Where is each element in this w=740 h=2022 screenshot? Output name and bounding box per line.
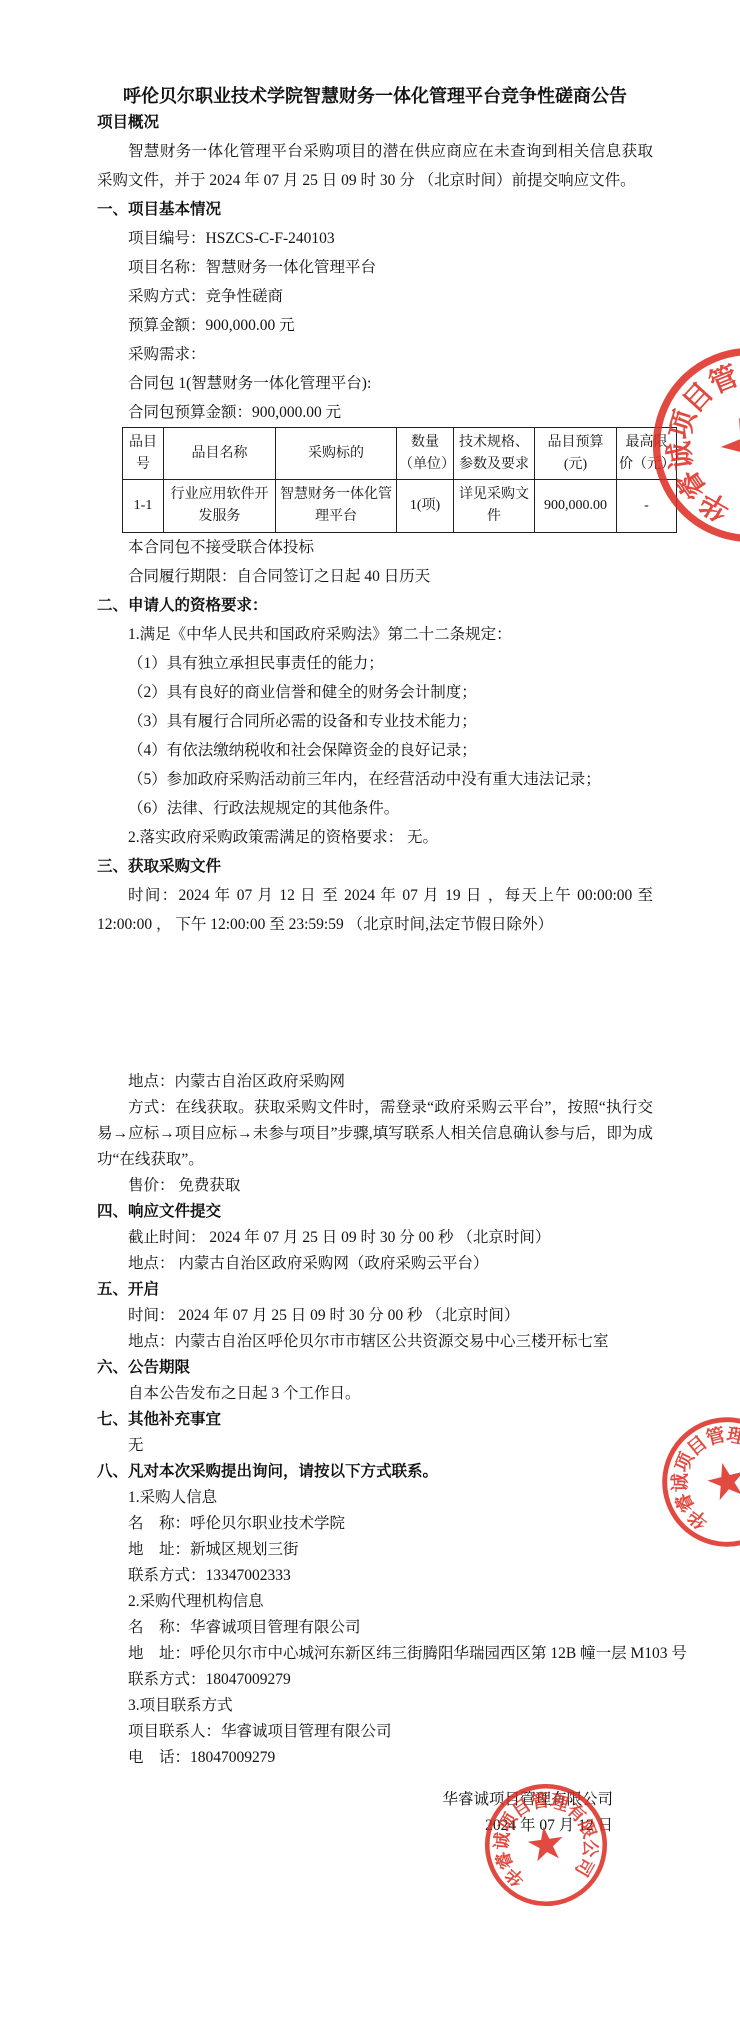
purchaser-label: 1.采购人信息 [97,1485,653,1511]
qualification-item: （6）法律、行政法规规定的其他条件。 [97,794,653,823]
other-content: 无 [97,1433,653,1459]
table-header-row: 品目号品目名称采购标的数量（单位）技术规格、参数及要求品目预算(元)最高限价（元… [123,428,677,480]
qualification-item: 1.满足《中华人民共和国政府采购法》第二十二条规定： [97,620,653,649]
obtain-method: 方式：在线获取。获取采购文件时，需登录“政府采购云平台”，按照“执行交易→应标→… [97,1095,653,1173]
items-table: 品目号品目名称采购标的数量（单位）技术规格、参数及要求品目预算(元)最高限价（元… [122,427,677,533]
svg-text:华: 华 [683,1504,712,1534]
contract-package-budget: 合同包预算金额：900,000.00 元 [97,398,653,427]
table-header-cell: 品目名称 [164,428,276,480]
table-header-cell: 最高限价（元） [617,428,677,480]
purchaser-name: 名 称：呼伦贝尔职业技术学院 [97,1511,653,1537]
signature-date: 2024 年 07 月 12 日 [97,1813,613,1839]
project-number: 项目编号：HSZCS-C-F-240103 [97,224,653,253]
no-joint-bid-note: 本合同包不接受联合体投标 [97,533,653,562]
obtain-location: 地点：内蒙古自治区政府采购网 [97,1069,653,1095]
page-break-gap [97,939,653,1069]
table-header-cell: 采购标的 [276,428,397,480]
svg-text:诚: 诚 [668,1473,691,1492]
table-cell: 1(项) [397,480,454,533]
svg-text:睿: 睿 [671,464,713,505]
section7-heading: 七、其他补充事宜 [97,1407,653,1433]
table-cell: 900,000.00 [535,480,617,533]
qualification-item: （2）具有良好的商业信誉和健全的财务会计制度； [97,678,653,707]
submit-location: 地点： 内蒙古自治区政府采购网（政府采购云平台） [97,1251,653,1277]
overview-paragraph: 智慧财务一体化管理平台采购项目的潜在供应商应在未查询到相关信息获取采购文件，并于… [97,137,653,195]
contract-duration: 合同履行期限：自合同签订之日起 40 日历天 [97,562,653,591]
signature-company: 华睿诚项目管理有限公司 [97,1787,613,1813]
table-header-cell: 品目号 [123,428,164,480]
project-contact-phone: 电 话：18047009279 [97,1745,653,1771]
signature-block: 华睿诚项目管理有限公司 2024 年 07 月 12 日 [97,1787,653,1839]
agency-name: 名 称：华睿诚项目管理有限公司 [97,1615,653,1641]
svg-text:司: 司 [571,1854,597,1879]
announcement-document: 呼伦贝尔职业技术学院智慧财务一体化管理平台竞争性磋商公告 项目概况 智慧财务一体… [0,0,740,2022]
project-contact-person: 项目联系人：华睿诚项目管理有限公司 [97,1719,653,1745]
qualification-item: （5）参加政府采购活动前三年内，在经营活动中没有重大违法记录； [97,765,653,794]
svg-text:项: 项 [671,1448,699,1475]
svg-text:目: 目 [683,1432,712,1461]
obtain-time: 时间：2024 年 07 月 12 日 至 2024 年 07 月 19 日 ，… [97,881,653,939]
submit-deadline: 截止时间： 2024 年 07 月 25 日 09 时 30 分 00 秒 （北… [97,1225,653,1251]
table-cell: 行业应用软件开发服务 [164,480,276,533]
table-header-cell: 品目预算(元) [535,428,617,480]
project-contact-label: 3.项目联系方式 [97,1693,653,1719]
agency-label: 2.采购代理机构信息 [97,1589,653,1615]
table-cell: 智慧财务一体化管理平台 [276,480,397,533]
section1-heading: 一、项目基本情况 [97,195,653,224]
qualification-item: （1）具有独立承担民事责任的能力； [97,649,653,678]
table-cell: 详见采购文件 [454,480,535,533]
purchaser-phone: 联系方式：13347002333 [97,1563,653,1589]
company-seal-stamp-middle: 华睿诚项目管理有限公司 [642,1397,740,1567]
svg-text:睿: 睿 [491,1848,517,1872]
opening-location: 地点：内蒙古自治区呼伦贝尔市市辖区公共资源交易中心三楼开标七室 [97,1329,653,1355]
qualification-item: 2.落实政府采购政策需满足的资格要求： 无。 [97,823,653,852]
document-title: 呼伦贝尔职业技术学院智慧财务一体化管理平台竞争性磋商公告 [97,84,653,108]
svg-text:华: 华 [695,485,736,527]
section6-heading: 六、公告期限 [97,1355,653,1381]
section4-heading: 四、响应文件提交 [97,1199,653,1225]
table-cell: - [617,480,677,533]
overview-heading: 项目概况 [97,108,653,137]
agency-address: 地 址：呼伦贝尔市中心城河东新区纬三街腾阳华瑞园西区第 12B 幢一层 M103… [97,1641,653,1667]
purchase-method: 采购方式：竞争性磋商 [97,282,653,311]
svg-text:华: 华 [501,1863,529,1891]
budget-amount: 预算金额：900,000.00 元 [97,311,653,340]
svg-text:管: 管 [704,359,740,400]
section5-heading: 五、开启 [97,1277,653,1303]
svg-text:睿: 睿 [670,1489,699,1516]
qualification-item: （3）具有履行合同所必需的设备和专业技术能力； [97,707,653,736]
opening-time: 时间： 2024 年 07 月 25 日 09 时 30 分 00 秒 （北京时… [97,1303,653,1329]
purchaser-address: 地 址：新城区规划三街 [97,1537,653,1563]
contract-package: 合同包 1(智慧财务一体化管理平台): [97,369,653,398]
section2-heading: 二、申请人的资格要求： [97,591,653,620]
table-header-cell: 技术规格、参数及要求 [454,428,535,480]
section3-heading: 三、获取采购文件 [97,852,653,881]
table-header-cell: 数量（单位） [397,428,454,480]
project-name: 项目名称：智慧财务一体化管理平台 [97,253,653,282]
svg-text:公: 公 [579,1839,600,1858]
period-content: 自本公告发布之日起 3 个工作日。 [97,1381,653,1407]
lower-page-content: 地点：内蒙古自治区政府采购网 方式：在线获取。获取采购文件时，需登录“政府采购云… [97,1069,653,1839]
qualification-item: （4）有依法缴纳税收和社会保障资金的良好记录； [97,736,653,765]
svg-text:目: 目 [677,377,720,420]
obtain-price: 售价： 免费获取 [97,1173,653,1199]
section8-heading: 八、凡对本次采购提出询问，请按以下方式联系。 [97,1459,653,1485]
svg-text:理: 理 [725,1424,740,1449]
agency-phone: 联系方式：18047009279 [97,1667,653,1693]
purchase-demand: 采购需求： [97,340,653,369]
document-content: 呼伦贝尔职业技术学院智慧财务一体化管理平台竞争性磋商公告 项目概况 智慧财务一体… [97,0,653,1839]
table-row: 1-1行业应用软件开发服务智慧财务一体化管理平台1(项)详见采购文件900,00… [123,480,677,533]
svg-text:管: 管 [704,1423,728,1450]
table-cell: 1-1 [123,480,164,533]
